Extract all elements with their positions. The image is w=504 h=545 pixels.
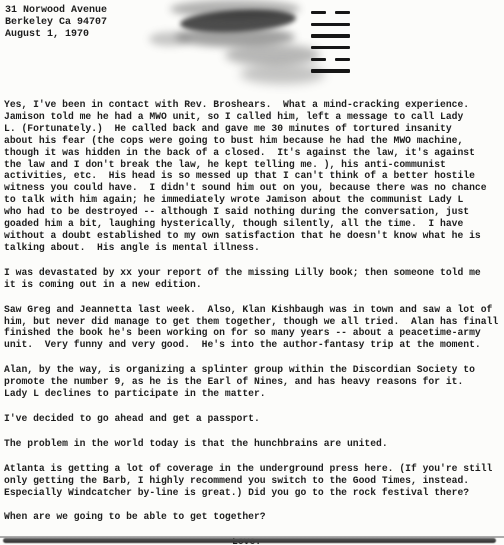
paragraph: Alan, by the way, is organizing a splint…: [4, 364, 504, 400]
letter-body: Yes, I've been in contact with Rev. Bros…: [4, 99, 504, 545]
hexagram-line-broken: [311, 11, 350, 14]
paragraph: The problem in the world today is that t…: [4, 438, 504, 450]
ink-smudge-blob: [225, 44, 320, 66]
paragraph: Yes, I've been in contact with Rev. Bros…: [4, 99, 504, 254]
paragraph: I was devastated by xx your report of th…: [4, 267, 504, 291]
sender-address-block: 31 Norwood Avenue Berkeley Ca 94707 Augu…: [5, 5, 107, 40]
scan-edge-dark-band: [3, 538, 496, 544]
hexagram-line-solid: [311, 23, 350, 26]
scanned-letter-page: 31 Norwood Avenue Berkeley Ca 94707 Augu…: [0, 0, 504, 545]
hexagram-line-solid: [311, 34, 350, 37]
i-ching-hexagram-icon: [311, 11, 350, 81]
hexagram-line-broken: [311, 58, 350, 61]
ink-smudge-blob: [149, 32, 191, 46]
paragraph: Atlanta is getting a lot of coverage in …: [4, 463, 504, 499]
paragraph: When are we going to be able to get toge…: [4, 511, 504, 523]
paragraph: I've decided to go ahead and get a passp…: [4, 413, 504, 425]
hexagram-line-solid: [311, 69, 350, 72]
hexagram-line-solid: [311, 46, 350, 49]
paragraph: Saw Greg and Jeannetta last week. Also, …: [4, 304, 504, 352]
